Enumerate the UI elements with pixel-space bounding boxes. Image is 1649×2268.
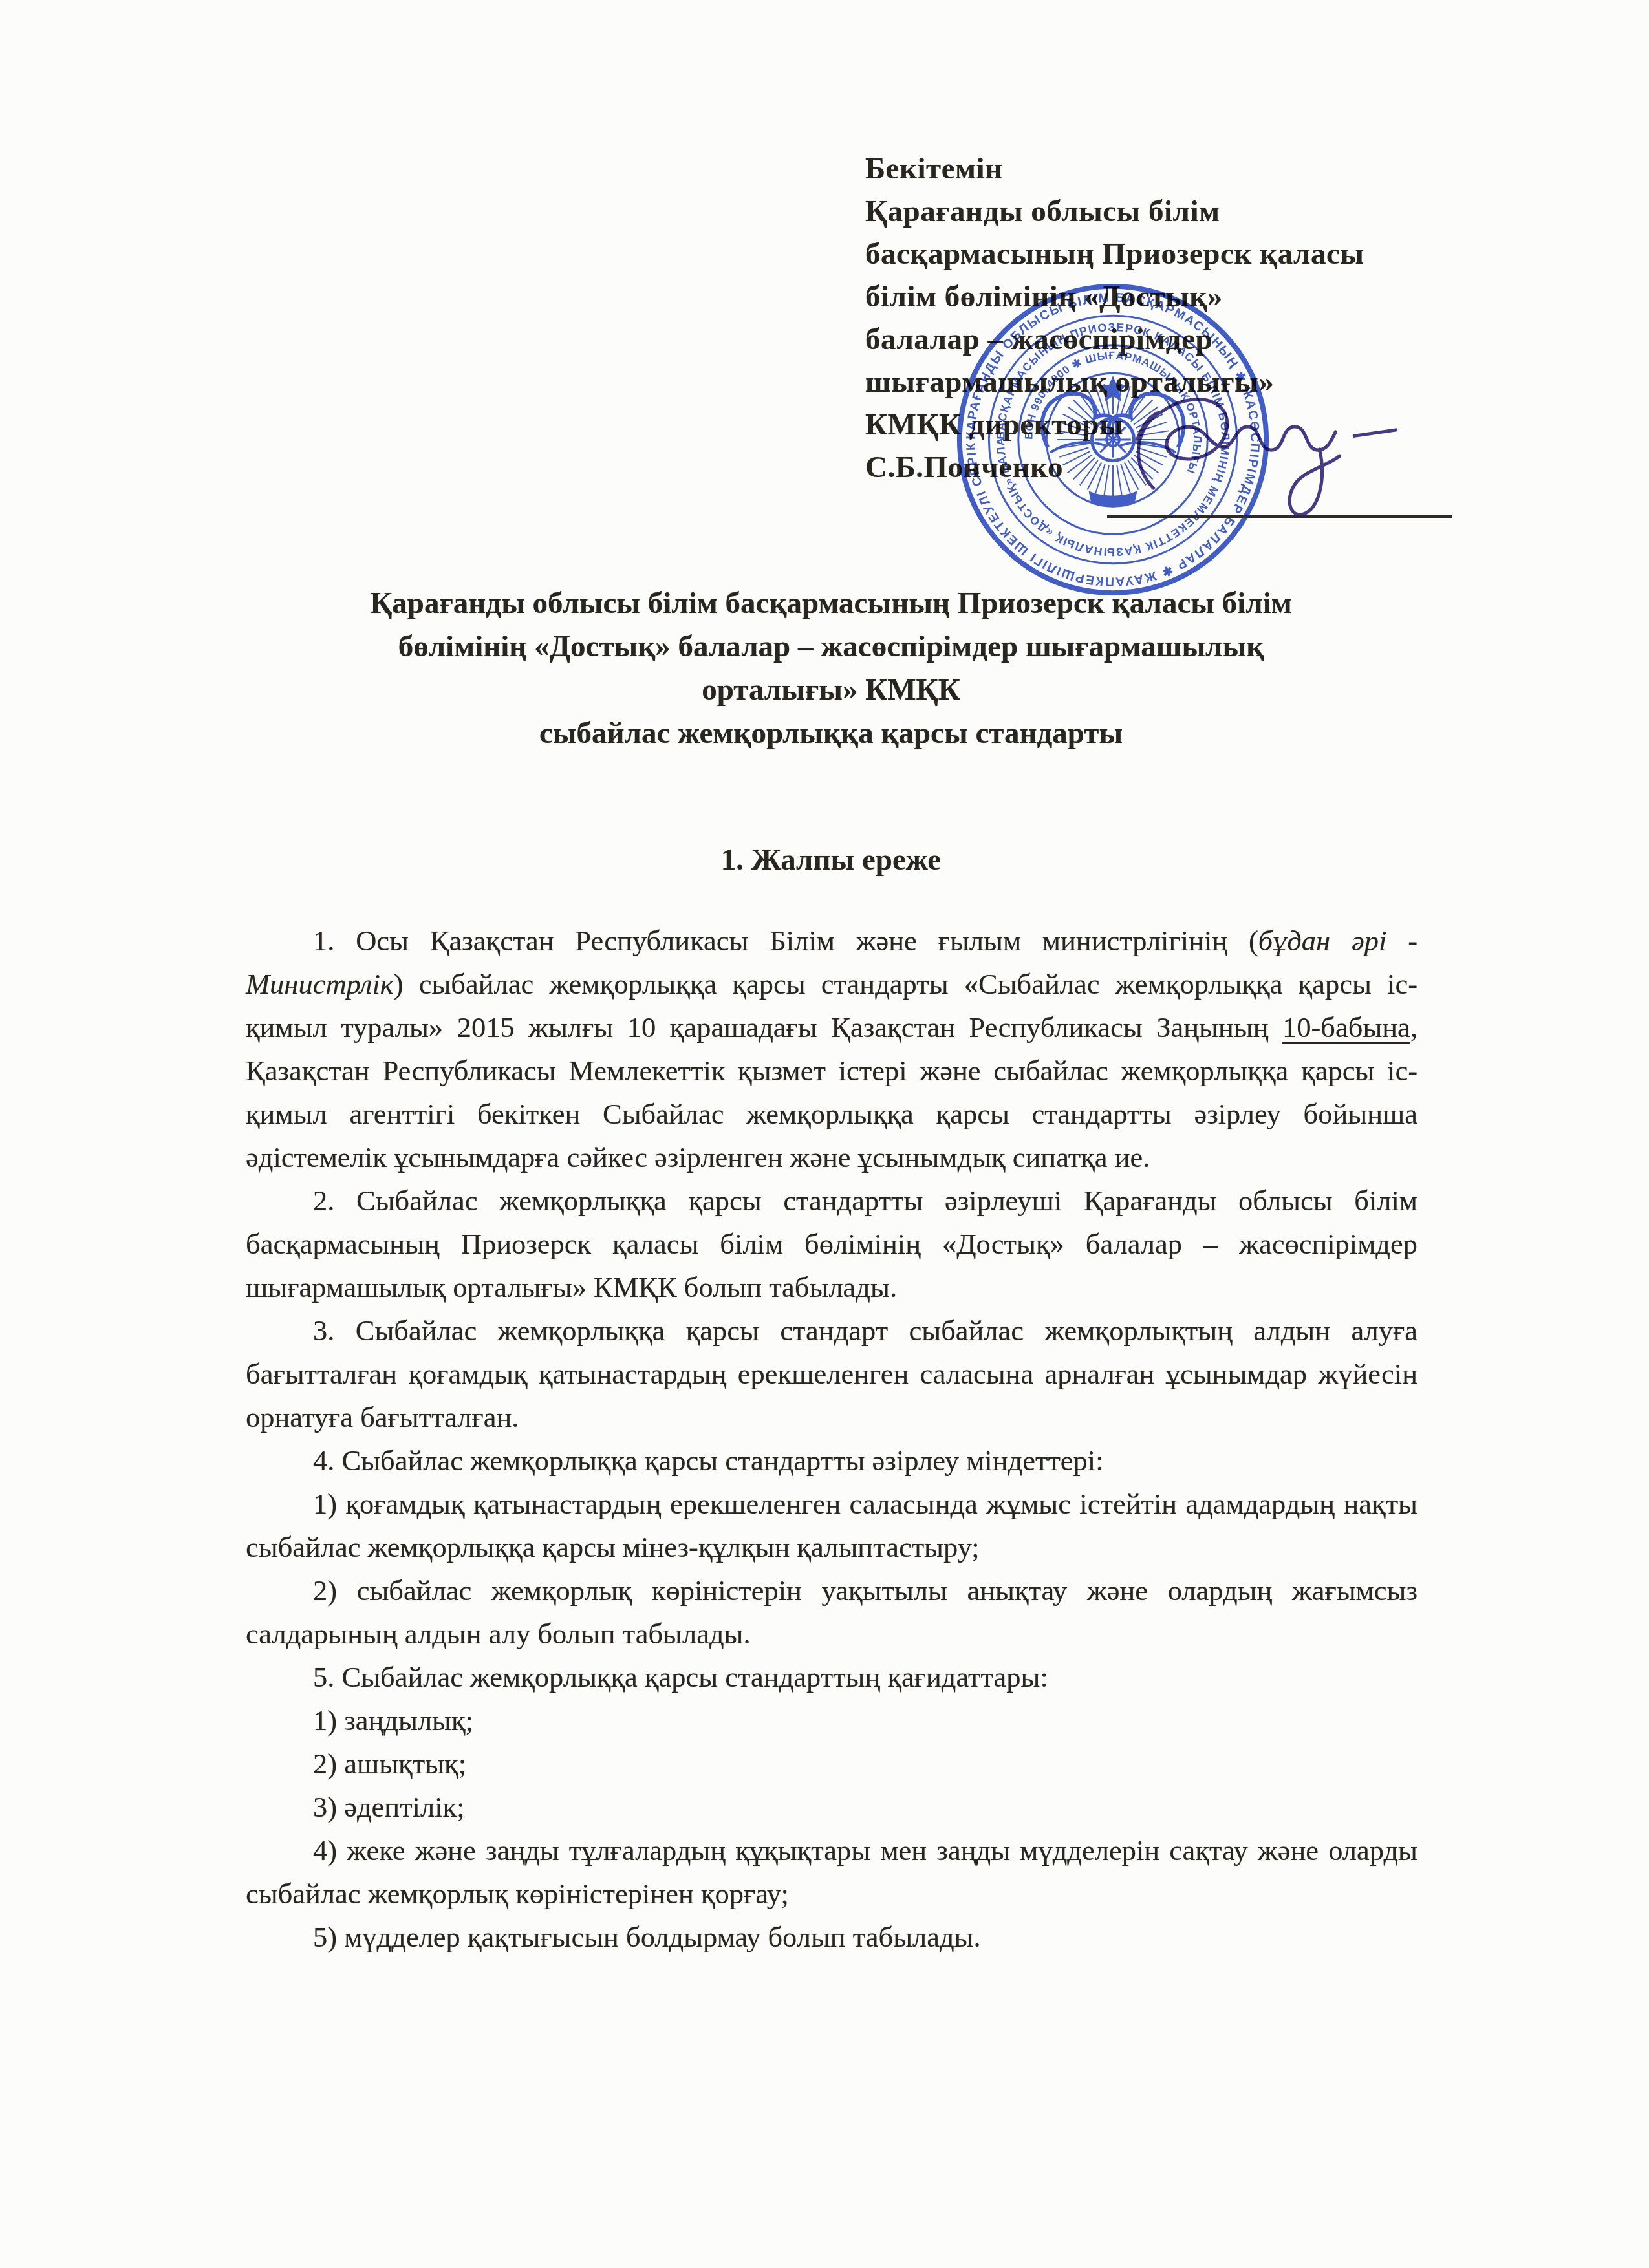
paragraph: 1) қоғамдық қатынастардың ерекшеленген с… bbox=[246, 1482, 1417, 1569]
paragraph: 2. Сыбайлас жемқорлыққа қарсы стандартты… bbox=[246, 1179, 1417, 1309]
title-line: бөлімінің «Достық» балалар – жасөспірімд… bbox=[246, 625, 1416, 669]
paragraph: 4. Сыбайлас жемқорлыққа қарсы стандартты… bbox=[246, 1439, 1417, 1482]
document-title: Қарағанды облысы білім басқармасының При… bbox=[246, 582, 1416, 755]
paragraph: 2) ашықтық; bbox=[246, 1742, 1417, 1786]
title-line: орталығы» КМҚК bbox=[246, 669, 1416, 712]
paragraph: 2) сыбайлас жемқорлық көріністерін уақыт… bbox=[246, 1569, 1417, 1656]
approval-line: Бекітемін bbox=[865, 147, 1364, 190]
paragraph: 3. Сыбайлас жемқорлыққа қарсы стандарт с… bbox=[246, 1309, 1417, 1439]
paragraph: 5. Сыбайлас жемқорлыққа қарсы стандартты… bbox=[246, 1656, 1417, 1699]
document-page: БекітемінҚарағанды облысы білімбасқармас… bbox=[0, 0, 1649, 2268]
paragraph: 5) мүдделер қақтығысын болдырмау болып т… bbox=[246, 1916, 1417, 1959]
title-line: сыбайлас жемқорлыққа қарсы стандарты bbox=[246, 712, 1416, 755]
paragraph: 1) заңдылық; bbox=[246, 1699, 1417, 1742]
paragraph: 4) жеке және заңды тұлғалардың құқықтары… bbox=[246, 1829, 1417, 1916]
paragraph: 1. Осы Қазақстан Республикасы Білім және… bbox=[246, 919, 1417, 1179]
section-heading: 1. Жалпы ереже bbox=[246, 842, 1416, 877]
approval-line: басқармасының Приозерск қаласы bbox=[865, 233, 1364, 275]
signature-line bbox=[1107, 515, 1452, 518]
paragraph: 3) әдептілік; bbox=[246, 1786, 1417, 1829]
body-text: 1. Осы Қазақстан Республикасы Білім және… bbox=[246, 919, 1417, 1959]
title-line: Қарағанды облысы білім басқармасының При… bbox=[246, 582, 1416, 625]
approval-line: Қарағанды облысы білім bbox=[865, 190, 1364, 233]
